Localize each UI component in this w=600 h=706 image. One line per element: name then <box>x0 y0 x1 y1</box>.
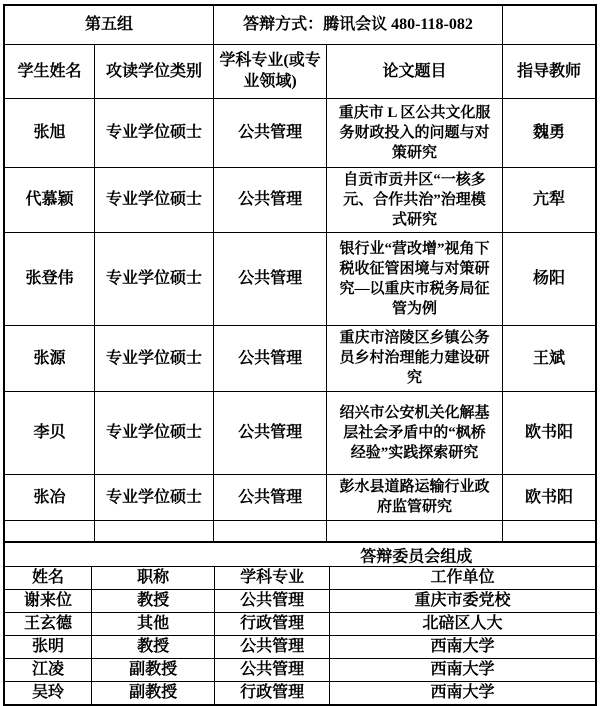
advisor-name: 欧书阳 <box>502 474 596 520</box>
student-degree: 专业学位硕士 <box>95 98 214 167</box>
member-major: 公共管理 <box>215 590 330 613</box>
member-major: 公共管理 <box>215 659 330 682</box>
member-row: 谢来位 教授 公共管理 重庆市委党校 <box>4 590 596 613</box>
committee-section-row: 答辩委员会组成 <box>3 543 597 566</box>
defense-schedule-sheet: 第五组 答辩方式：腾讯会议 480-118-082 学生姓名 攻读学位类别 学科… <box>3 4 597 706</box>
empty-cell <box>327 520 503 542</box>
member-row: 吴玲 副教授 行政管理 西南大学 <box>4 682 596 705</box>
committee-header-unit: 工作单位 <box>330 567 596 590</box>
committee-header-row: 姓名 职称 学科专业 工作单位 <box>4 567 596 590</box>
member-name: 张明 <box>4 636 92 659</box>
student-major: 公共管理 <box>214 232 327 325</box>
header-thesis-title: 论文题目 <box>327 44 503 98</box>
empty-cell <box>214 520 327 542</box>
group-label-cell: 第五组 <box>4 5 214 44</box>
advisor-name: 魏勇 <box>502 98 596 167</box>
member-major: 公共管理 <box>215 636 330 659</box>
committee-header-major: 学科专业 <box>215 567 330 590</box>
student-major: 公共管理 <box>214 391 327 474</box>
student-name: 张源 <box>4 325 95 391</box>
thesis-title: 重庆市 L 区公共文化服务财政投入的问题与对策研究 <box>327 98 503 167</box>
empty-cell <box>502 5 596 44</box>
thesis-title: 自贡市贡井区“一核多元、合作共治”治理模式研究 <box>327 167 503 232</box>
student-row: 张登伟 专业学位硕士 公共管理 银行业“营改增”视角下税收征管困境与对策研究—以… <box>4 232 596 325</box>
student-degree: 专业学位硕士 <box>95 325 214 391</box>
student-name: 代慕颖 <box>4 167 95 232</box>
student-row: 张旭 专业学位硕士 公共管理 重庆市 L 区公共文化服务财政投入的问题与对策研究… <box>4 98 596 167</box>
student-degree: 专业学位硕士 <box>95 474 214 520</box>
member-row: 张明 教授 公共管理 西南大学 <box>4 636 596 659</box>
committee-section-title: 答辩委员会组成 <box>360 543 472 566</box>
advisor-name: 亢犁 <box>502 167 596 232</box>
member-unit: 西南大学 <box>330 659 596 682</box>
defense-schedule-table: 第五组 答辩方式：腾讯会议 480-118-082 学生姓名 攻读学位类别 学科… <box>3 4 597 543</box>
committee-header-name: 姓名 <box>4 567 92 590</box>
thesis-title: 绍兴市公安机关化解基层社会矛盾中的“枫桥经验”实践探索研究 <box>327 391 503 474</box>
member-name: 王玄德 <box>4 613 92 636</box>
member-name: 谢来位 <box>4 590 92 613</box>
student-degree: 专业学位硕士 <box>95 167 214 232</box>
member-unit: 重庆市委党校 <box>330 590 596 613</box>
committee-header-title: 职称 <box>92 567 215 590</box>
advisor-name: 王斌 <box>502 325 596 391</box>
student-name: 张旭 <box>4 98 95 167</box>
student-major: 公共管理 <box>214 325 327 391</box>
member-major: 行政管理 <box>215 613 330 636</box>
member-name: 江凌 <box>4 659 92 682</box>
group-row: 第五组 答辩方式：腾讯会议 480-118-082 <box>4 5 596 44</box>
student-degree: 专业学位硕士 <box>95 391 214 474</box>
member-row: 江凌 副教授 公共管理 西南大学 <box>4 659 596 682</box>
header-advisor: 指导教师 <box>502 44 596 98</box>
member-title: 其他 <box>92 613 215 636</box>
thesis-title: 重庆市涪陵区乡镇公务员乡村治理能力建设研究 <box>327 325 503 391</box>
student-major: 公共管理 <box>214 167 327 232</box>
student-name: 李贝 <box>4 391 95 474</box>
member-unit: 西南大学 <box>330 682 596 705</box>
member-unit: 西南大学 <box>330 636 596 659</box>
empty-cell <box>95 520 214 542</box>
empty-cell <box>4 520 95 542</box>
header-degree-type: 攻读学位类别 <box>95 44 214 98</box>
member-title: 副教授 <box>92 682 215 705</box>
member-title: 副教授 <box>92 659 215 682</box>
member-name: 吴玲 <box>4 682 92 705</box>
defense-method-cell: 答辩方式：腾讯会议 480-118-082 <box>214 5 503 44</box>
member-title: 教授 <box>92 590 215 613</box>
schedule-header-row: 学生姓名 攻读学位类别 学科专业(或专业领域) 论文题目 指导教师 <box>4 44 596 98</box>
student-degree: 专业学位硕士 <box>95 232 214 325</box>
empty-row <box>4 520 596 542</box>
student-row: 张冶 专业学位硕士 公共管理 彭水县道路运输行业政府监管研究 欧书阳 <box>4 474 596 520</box>
thesis-title: 银行业“营改增”视角下税收征管困境与对策研究—以重庆市税务局征管为例 <box>327 232 503 325</box>
thesis-title: 彭水县道路运输行业政府监管研究 <box>327 474 503 520</box>
advisor-name: 欧书阳 <box>502 391 596 474</box>
advisor-name: 杨阳 <box>502 232 596 325</box>
empty-cell <box>502 520 596 542</box>
committee-table: 姓名 职称 学科专业 工作单位 谢来位 教授 公共管理 重庆市委党校 王玄德 其… <box>3 566 597 706</box>
member-unit: 北碚区人大 <box>330 613 596 636</box>
student-major: 公共管理 <box>214 98 327 167</box>
student-row: 张源 专业学位硕士 公共管理 重庆市涪陵区乡镇公务员乡村治理能力建设研究 王斌 <box>4 325 596 391</box>
student-name: 张冶 <box>4 474 95 520</box>
student-row: 代慕颖 专业学位硕士 公共管理 自贡市贡井区“一核多元、合作共治”治理模式研究 … <box>4 167 596 232</box>
student-row: 李贝 专业学位硕士 公共管理 绍兴市公安机关化解基层社会矛盾中的“枫桥经验”实践… <box>4 391 596 474</box>
student-major: 公共管理 <box>214 474 327 520</box>
member-major: 行政管理 <box>215 682 330 705</box>
header-student-name: 学生姓名 <box>4 44 95 98</box>
member-row: 王玄德 其他 行政管理 北碚区人大 <box>4 613 596 636</box>
student-name: 张登伟 <box>4 232 95 325</box>
member-title: 教授 <box>92 636 215 659</box>
header-major: 学科专业(或专业领域) <box>214 44 327 98</box>
